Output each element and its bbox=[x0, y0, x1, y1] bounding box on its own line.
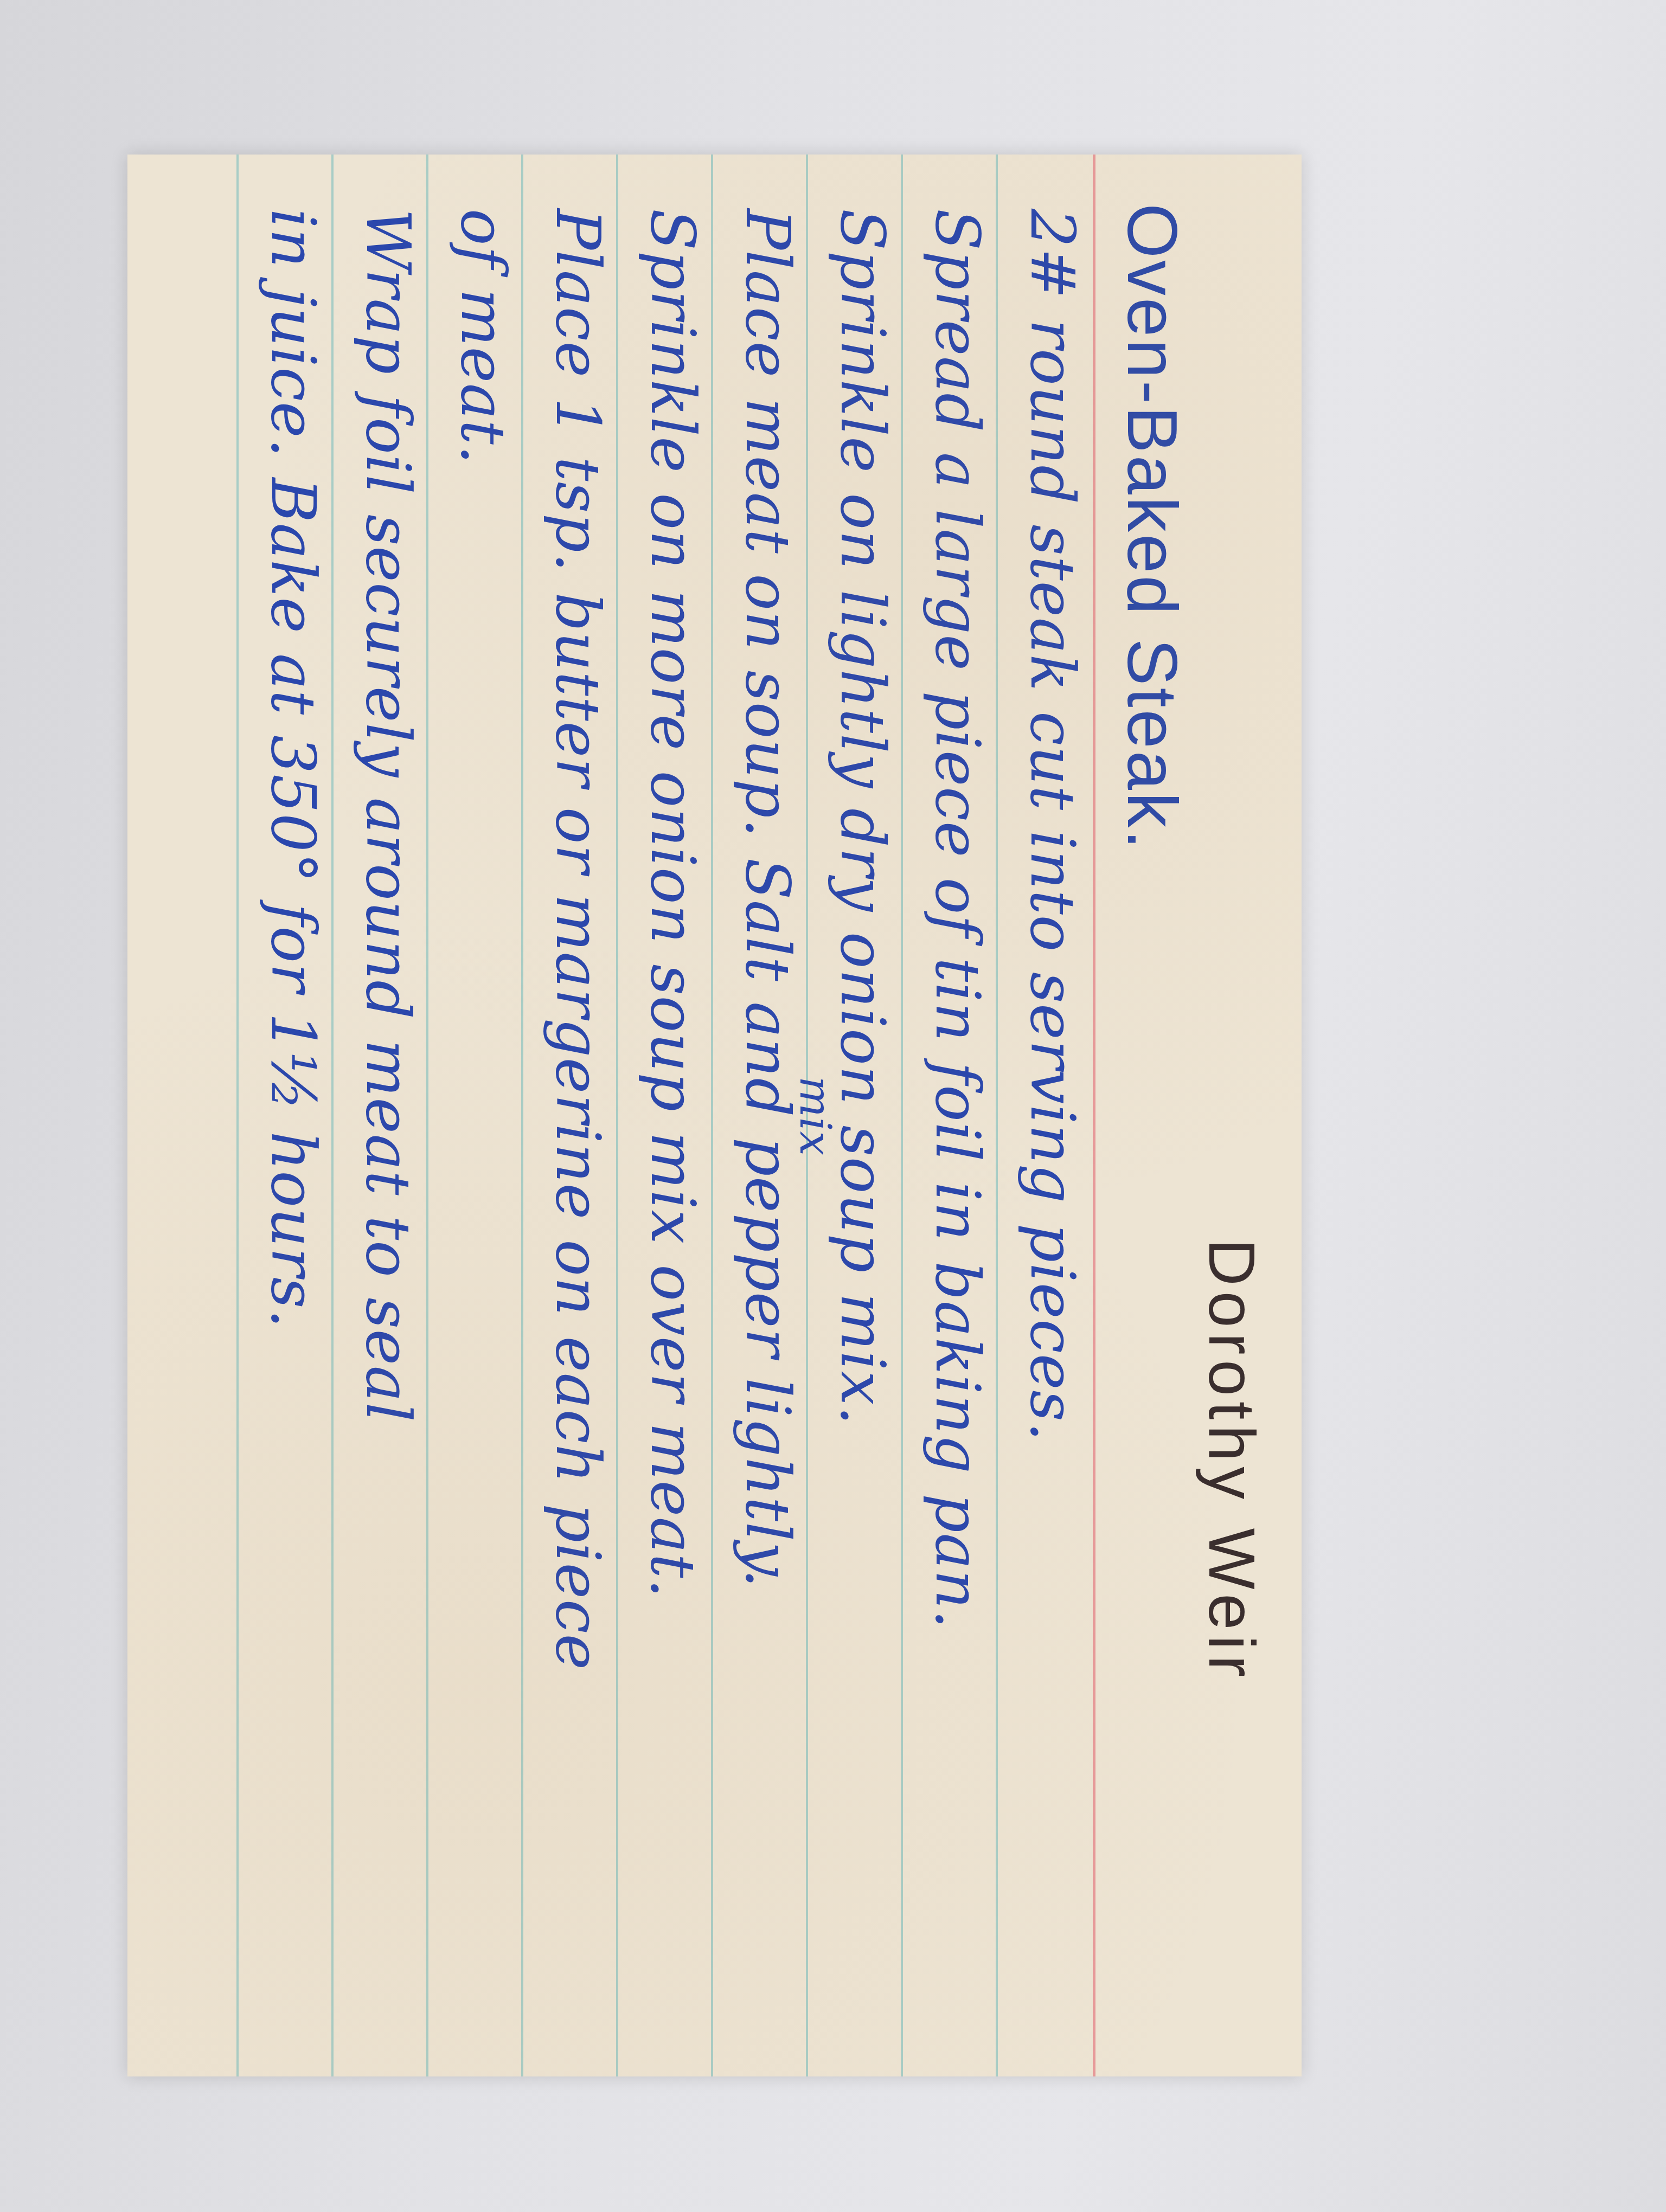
rule-line bbox=[521, 155, 523, 2076]
rule-line bbox=[616, 155, 618, 2076]
recipe-line-3: Sprinkle on lightly dry onion soup mix. bbox=[827, 209, 898, 1426]
recipe-card-wrapper: Oven-Baked Steak. Dorothy Weir 2# round … bbox=[127, 155, 1302, 2076]
rule-line bbox=[426, 155, 428, 2076]
rule-line bbox=[996, 155, 998, 2076]
rule-line bbox=[236, 155, 239, 2076]
recipe-line-7: of meat. bbox=[447, 209, 518, 465]
rule-line bbox=[331, 155, 334, 2076]
recipe-line-4: Place meat on soup. Salt and pepper ligh… bbox=[732, 209, 803, 1589]
rule-line bbox=[711, 155, 713, 2076]
recipe-line-6: Place 1 tsp. butter or margerine on each… bbox=[542, 209, 613, 1670]
recipe-line-2: Spread a large piece of tin foil in baki… bbox=[922, 209, 992, 1629]
recipe-line-9: in juice. Bake at 350° for 1½ hours. bbox=[258, 209, 328, 1329]
recipe-author: Dorothy Weir bbox=[1194, 1239, 1269, 1682]
recipe-title: Oven-Baked Steak. bbox=[1112, 203, 1193, 851]
recipe-line-8: Wrap foil securely around meat to seal bbox=[353, 209, 423, 1423]
recipe-card: Oven-Baked Steak. Dorothy Weir 2# round … bbox=[127, 155, 1302, 2076]
rule-line bbox=[901, 155, 903, 2076]
recipe-line-1: 2# round steak cut into serving pieces. bbox=[1017, 209, 1087, 1442]
recipe-line-5: Sprinkle on more onion soup mix over mea… bbox=[637, 209, 708, 1598]
margin-line-red bbox=[1093, 155, 1095, 2076]
